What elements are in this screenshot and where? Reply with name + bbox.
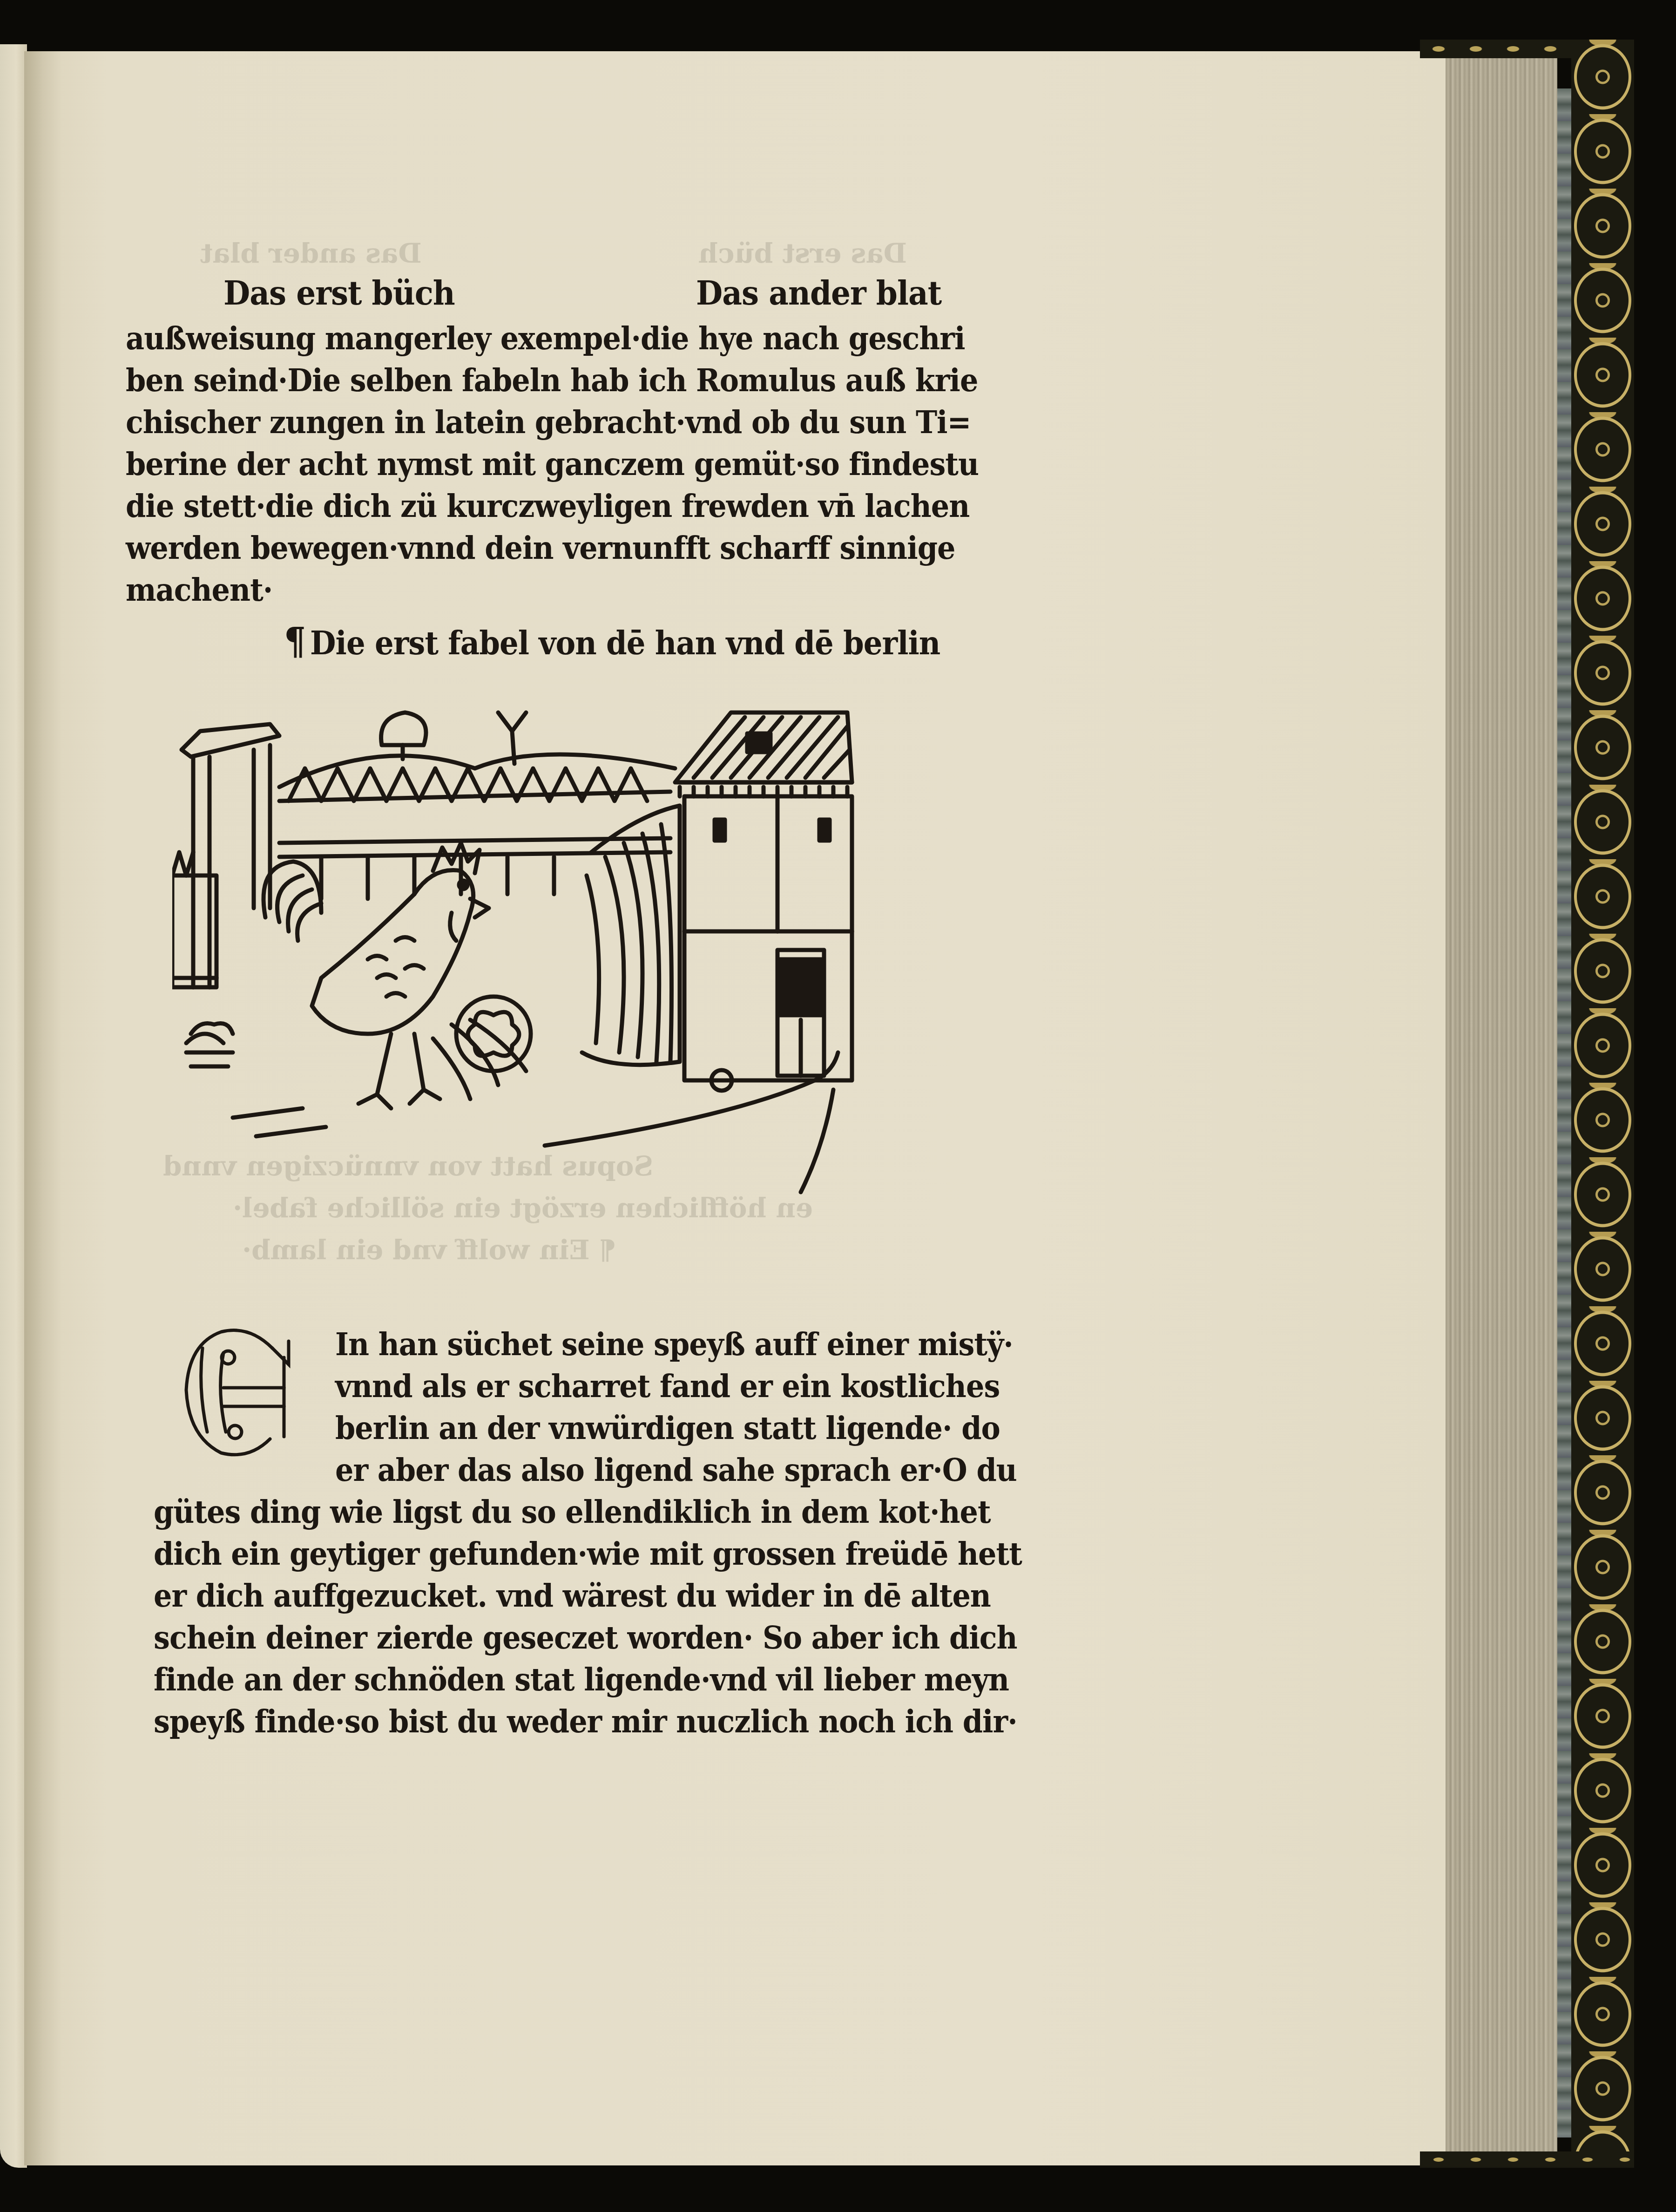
fable-line: vnnd als er scharret fand er ein kostlic… bbox=[335, 1368, 1000, 1405]
show-through-head-left: Das ander blat bbox=[200, 237, 422, 269]
fable-line: gütes ding wie ligst du so ellendiklich … bbox=[154, 1493, 991, 1530]
woodcut-rooster-illustration bbox=[172, 699, 959, 1201]
show-through-line: ¶ Ein wolff vnd ein lamb· bbox=[242, 1234, 616, 1266]
intro-line: ben seind·Die selben fabeln hab ich Romu… bbox=[126, 362, 978, 399]
chapter-heading-text: Die erst fabel von dē han vnd dē berlin bbox=[310, 624, 940, 662]
chapter-heading: ¶Die erst fabel von dē han vnd dē berlin bbox=[284, 620, 940, 664]
marbled-pastedown bbox=[1557, 88, 1571, 2137]
fable-line: er dich auffgezucket. vnd wärest du wide… bbox=[154, 1577, 991, 1614]
initial-letter-e-icon bbox=[179, 1320, 300, 1460]
intro-line: machent· bbox=[126, 571, 272, 608]
tree-icon bbox=[381, 712, 426, 745]
running-head-left: Das erst büch bbox=[223, 273, 455, 312]
fable-line: schein deiner zierde geseczet worden· So… bbox=[154, 1619, 1017, 1656]
facing-page-edge bbox=[0, 44, 27, 2168]
intro-line: berine der acht nymst mit ganczem gemüt·… bbox=[126, 446, 979, 482]
intro-line: chischer zungen in latein gebracht·vnd o… bbox=[126, 404, 971, 441]
fable-line: dich ein geytiger gefunden·wie mit gross… bbox=[154, 1535, 1022, 1572]
house-icon bbox=[675, 712, 852, 1080]
show-through-head-right: Das erst büch bbox=[698, 237, 907, 269]
fable-line: finde an der schnöden stat ligende·vnd v… bbox=[154, 1661, 1009, 1698]
gilt-binding-border bbox=[1571, 40, 1634, 2168]
intro-line: werden bewegen·vnnd dein vernunfft schar… bbox=[126, 529, 955, 566]
plant-icon bbox=[186, 1024, 233, 1067]
intro-line: außweisung mangerley exempel·die hye nac… bbox=[126, 320, 965, 357]
fable-line: In han süchet seine speyß auff einer mis… bbox=[335, 1326, 1013, 1363]
fable-line: berlin an der vnwürdigen statt ligende· … bbox=[335, 1410, 1000, 1446]
running-head-right: Das ander blat bbox=[696, 273, 941, 312]
gutter-shadow bbox=[24, 51, 61, 2165]
intro-line: die stett·die dich zü kurczweyligen frew… bbox=[126, 488, 969, 524]
fable-line: speyß finde·so bist du weder mir nuczlic… bbox=[154, 1703, 1017, 1740]
pilcrow-icon: ¶ bbox=[284, 620, 305, 664]
page-fore-edge bbox=[1446, 56, 1557, 2161]
gate-icon bbox=[172, 724, 279, 987]
fable-line: er aber das also ligend sahe sprach er·O… bbox=[335, 1452, 1017, 1488]
gilt-binding-bottom bbox=[1420, 2151, 1634, 2168]
